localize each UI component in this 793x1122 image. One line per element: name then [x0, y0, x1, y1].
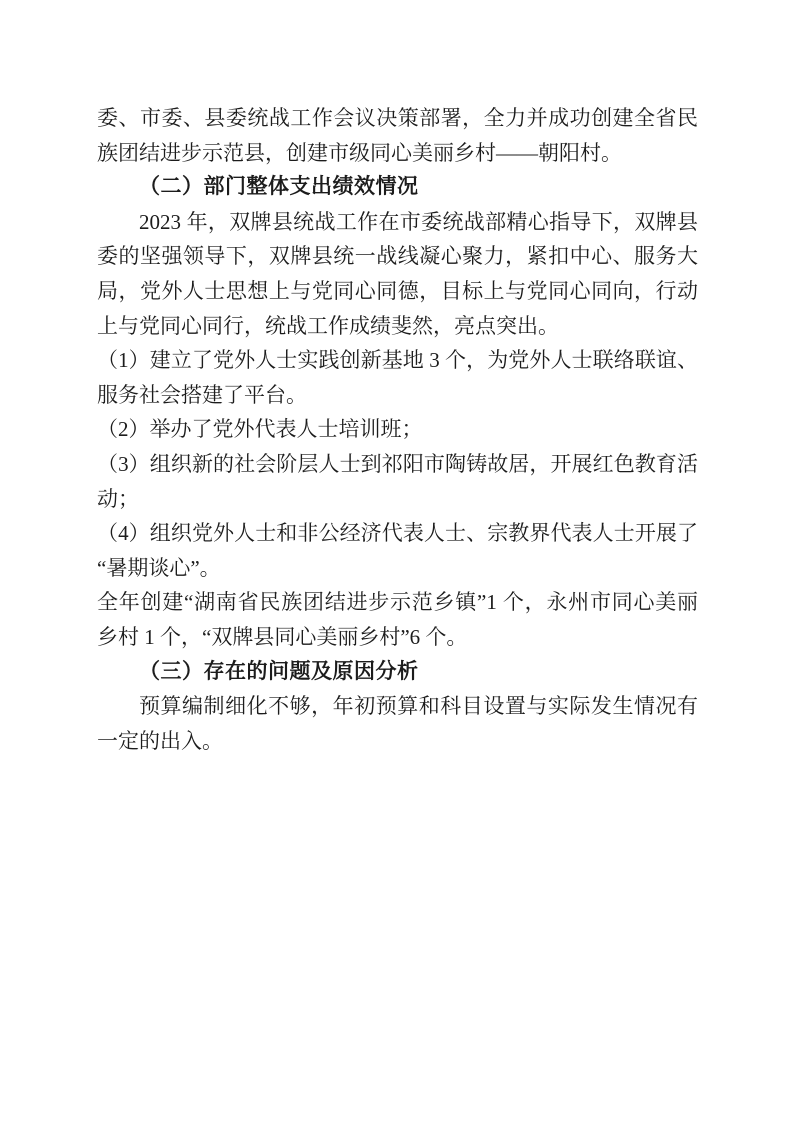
- list-item-3: （3）组织新的社会阶层人士到祁阳市陶铸故居，开展红色教育活动；: [97, 447, 698, 516]
- paragraph-continuation: 委、市委、县委统战工作会议决策部署，全力并成功创建全省民族团结进步示范县，创建市…: [97, 101, 698, 170]
- section-heading-2: （二）部门整体支出绩效情况: [97, 170, 698, 205]
- document-text-block: 委、市委、县委统战工作会议决策部署，全力并成功创建全省民族团结进步示范县，创建市…: [97, 101, 698, 758]
- document-page: 委、市委、县委统战工作会议决策部署，全力并成功创建全省民族团结进步示范县，创建市…: [0, 0, 793, 1122]
- list-item-1: （1）建立了党外人士实践创新基地 3 个，为党外人士联络联谊、服务社会搭建了平台…: [97, 343, 698, 412]
- section-heading-3: （三）存在的问题及原因分析: [97, 655, 698, 690]
- overall-performance-paragraph: 2023 年，双牌县统战工作在市委统战部精心指导下，双牌县委的坚强领导下，双牌县…: [97, 205, 698, 343]
- annual-summary-paragraph: 全年创建“湖南省民族团结进步示范乡镇”1 个，永州市同心美丽乡村 1 个，“双牌…: [97, 585, 698, 654]
- list-item-4: （4）组织党外人士和非公经济代表人士、宗教界代表人士开展了“暑期谈心”。: [97, 516, 698, 585]
- list-item-2: （2）举办了党外代表人士培训班；: [97, 412, 698, 447]
- problems-analysis-paragraph: 预算编制细化不够，年初预算和科目设置与实际发生情况有一定的出入。: [97, 689, 698, 758]
